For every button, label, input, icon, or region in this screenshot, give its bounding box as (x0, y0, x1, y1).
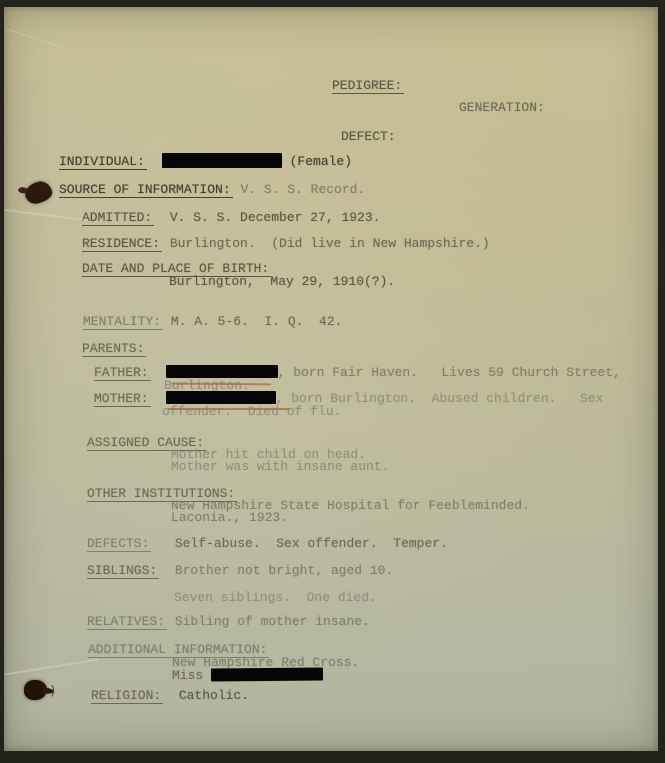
source-value: V. S. S. Record. (233, 182, 366, 197)
relatives-value: Sibling of mother insane. (167, 614, 370, 629)
photographed-document: PEDIGREE: GENERATION: DEFECT: INDIVIDUAL… (0, 0, 665, 763)
birth-value: Burlington, May 29, 1910(?). (169, 274, 395, 289)
field-individual: INDIVIDUAL: (Female) (59, 153, 352, 169)
admitted-label: ADMITTED: (82, 210, 154, 226)
mother-value-line2: offender. Died of flu. (162, 404, 341, 419)
field-mentality: MENTALITY: M. A. 5-6. I. Q. 42. (83, 314, 342, 329)
individual-label: INDIVIDUAL: (59, 154, 147, 170)
parents-label: PARENTS: (82, 341, 146, 357)
defect-label: DEFECT: (341, 129, 396, 144)
relatives-label: RELATIVES: (87, 614, 167, 630)
generation-label: GENERATION: (459, 100, 545, 115)
redaction-bar (211, 668, 323, 682)
mentality-label: MENTALITY: (83, 314, 163, 330)
pencil-paren-mark: ) (49, 684, 56, 698)
admitted-value: V. S. S. December 27, 1923. (154, 210, 380, 225)
field-relatives: RELATIVES: Sibling of mother insane. (87, 614, 370, 629)
field-admitted: ADMITTED: V. S. S. December 27, 1923. (82, 210, 380, 225)
religion-value: Catholic. (163, 688, 249, 703)
source-label: SOURCE OF INFORMATION: (59, 182, 233, 198)
siblings-label: SIBLINGS: (87, 563, 159, 579)
defects-label: DEFECTS: (87, 536, 151, 552)
additional-information-line2: Miss (172, 668, 323, 683)
ink-blot (24, 680, 47, 700)
residence-label: RESIDENCE: (82, 236, 162, 252)
field-residence: RESIDENCE: Burlington. (Did live in New … (82, 236, 490, 251)
redaction-bar (166, 391, 276, 404)
redaction-bar (166, 365, 278, 378)
ink-blot (23, 179, 54, 205)
siblings-value-line2: Seven siblings. One died. (174, 590, 377, 605)
individual-sex: (Female) (282, 154, 352, 169)
field-siblings: SIBLINGS: Brother not bright, aged 10. (87, 563, 393, 578)
redaction-bar (162, 153, 282, 168)
father-value: , born Fair Haven. Lives 59 Church Stree… (278, 365, 621, 380)
paper-sheet: PEDIGREE: GENERATION: DEFECT: INDIVIDUAL… (4, 7, 658, 751)
other-institutions-line2: Laconia., 1923. (171, 510, 288, 525)
residence-value: Burlington. (Did live in New Hampshire.) (162, 236, 490, 251)
siblings-value: Brother not bright, aged 10. (159, 563, 393, 578)
generation-heading: GENERATION: (459, 100, 545, 115)
assigned-cause-line2: Mother was with insane aunt. (171, 459, 389, 474)
father-label: FATHER: (94, 365, 151, 381)
paper-crease (4, 659, 98, 675)
field-source: SOURCE OF INFORMATION: V. S. S. Record. (59, 182, 365, 197)
field-parents: PARENTS: (82, 341, 146, 356)
field-religion: RELIGION: Catholic. (91, 688, 249, 703)
paper-crease (4, 209, 89, 221)
mother-label: MOTHER: (94, 391, 151, 407)
field-defects: DEFECTS: Self-abuse. Sex offender. Tempe… (87, 536, 448, 551)
pedigree-label: PEDIGREE: (332, 78, 404, 94)
defect-heading: DEFECT: (341, 129, 396, 144)
paper-crease (5, 28, 63, 48)
miss-label: Miss (172, 668, 203, 683)
religion-label: RELIGION: (91, 688, 163, 704)
defects-value: Self-abuse. Sex offender. Temper. (151, 536, 447, 551)
pedigree-heading: PEDIGREE: (332, 78, 404, 93)
mentality-value: M. A. 5-6. I. Q. 42. (163, 314, 342, 329)
red-underline (168, 408, 290, 410)
